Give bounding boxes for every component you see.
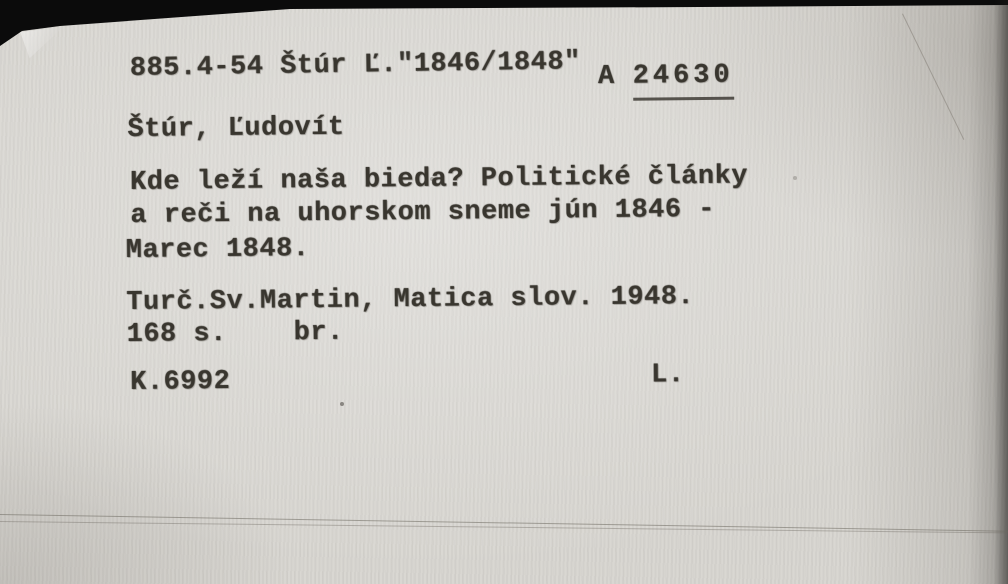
title-line-2: a reči na uhorskom sneme jún 1846 - [130,194,715,233]
scanned-catalog-card: 885.4-54 Štúr Ľ."1846/1848" A 24630 Štúr… [0,0,1008,584]
accession-code: A 24630 [598,60,734,102]
inventory-number: K.6992 [130,366,231,399]
paper-speck [793,176,797,180]
classification-line: 885.4-54 Štúr Ľ."1846/1848" [130,46,581,85]
title-line-3: Marec 1848. [126,233,310,267]
typewritten-text-layer: 885.4-54 Štúr Ľ."1846/1848" A 24630 Štúr… [0,0,1008,584]
accession-number: 24630 [633,60,734,101]
letter-mark: L. [651,359,685,392]
imprint-line: Turč.Sv.Martin, Matica slov. 1948. [126,281,694,319]
accession-prefix: A [598,61,615,94]
author-heading: Štúr, Ľudovít [127,112,344,147]
collation-line: 168 s. br. [127,317,344,352]
paper-speck [340,402,344,406]
paper-speck [430,177,434,181]
